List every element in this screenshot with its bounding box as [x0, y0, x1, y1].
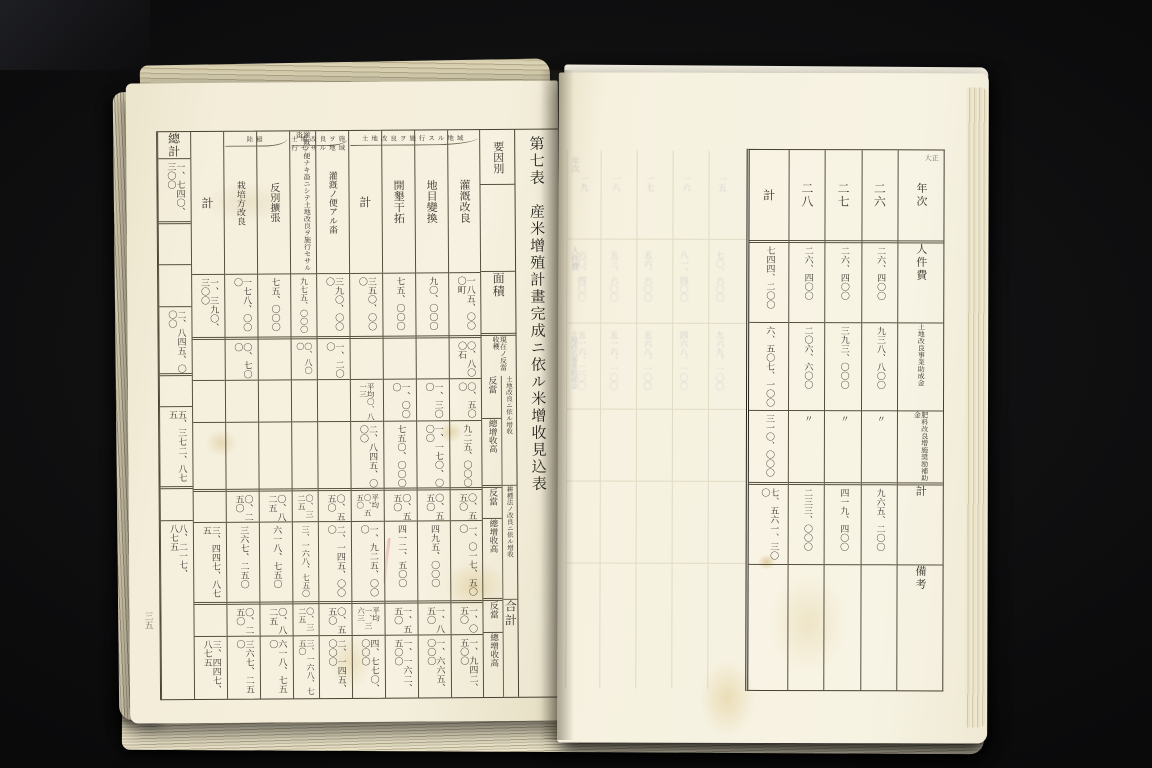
value-cell: 〇、五〇〇 — [456, 379, 474, 420]
backdrop-corner-glow — [0, 0, 150, 70]
value-cell: 一、九四二、五〇〇 — [458, 635, 476, 697]
group-header-upland-rice: 陸稲 — [225, 134, 287, 146]
column-label: 二八 — [799, 182, 816, 208]
book-gutter-shadow — [540, 70, 574, 740]
value-cell: 一、三九〇、三〇〇 — [199, 275, 217, 337]
value-cell: 九二五、〇〇〇 — [461, 421, 470, 487]
value-cell: 二、一四五、〇〇〇 — [326, 636, 344, 698]
row-label-groups: 反當 總增收高 反當 總增收高 反當 總增收高 土地改良ニ依ル增收 耕種法ノ改良… — [482, 376, 518, 697]
value-cell: 一七八、〇〇〇 — [232, 275, 250, 337]
value-cell: 〇、五五〇 — [391, 491, 409, 521]
value-cell: 七五〇、〇〇〇 — [395, 422, 404, 488]
column-reclamation: 開墾干拓 七五、〇〇〇 一、〇〇〇 七五〇、〇〇〇 〇、五五〇 四一二、五〇〇 … — [381, 131, 418, 698]
column-label: 灌漑ノ便ナキ畓ニシテ土地改良ヲ施行セサル畓 — [295, 131, 311, 273]
row-label-land-subsidy: 土地改良事業助成金 — [917, 323, 925, 410]
ghost-text: 五六、六〇〇 — [642, 251, 651, 302]
value-cell: 一、八五〇 — [425, 603, 443, 634]
value-cell: 四一九、四〇〇 — [838, 485, 847, 564]
row-label-per-tan: 反當 — [486, 488, 499, 518]
ghost-text: 一六 — [681, 175, 690, 192]
column-label: 計 — [199, 196, 216, 209]
value-cell: 三六七、二五〇 — [238, 523, 248, 602]
ghost-text: 七〇、六〇〇 — [714, 251, 723, 302]
ghost-text: 五六八、一〇〇 — [642, 331, 651, 391]
column-label: 二七 — [835, 182, 852, 208]
value-cell: 平均〇、八一三 — [359, 380, 374, 421]
value-cell: 〇、八〇〇石 — [456, 338, 474, 378]
ghost-text: 一九 — [579, 174, 588, 191]
value-cell: 三、四四七、八七五 — [202, 637, 220, 699]
row-label-remarks: 備考 — [912, 565, 928, 690]
row-label-total-gain: 總增收高 — [487, 519, 500, 598]
value-cell: 一、一七〇、〇〇〇 — [424, 421, 442, 487]
ghost-text: 一七 — [645, 175, 654, 192]
value-cell: 四一二、五〇〇 — [396, 522, 406, 601]
value-cell: 〇、八二五 — [266, 491, 284, 521]
column-subtotal-right-group: 計 一、三九〇、三〇〇 三、四四七、八七五 三、四四七、八七五 — [190, 132, 227, 699]
column-label: 二六 — [871, 182, 888, 208]
right-page: 年次 人件費 土地改良事業助成金 一五 一六 一七 一八 一九 七〇、六〇〇 八… — [557, 72, 989, 743]
value-cell: 三六七、二五〇 — [234, 637, 252, 699]
value-cell: 〇、三二五 — [298, 604, 314, 635]
column-year-27: 二七 二六、四〇〇 三九三、〇〇〇 〃 四一九、四〇〇 — [824, 150, 862, 690]
value-cell: 七、五六一、三〇〇 — [759, 485, 777, 564]
row-label-total-gain: 總增收高 — [488, 633, 500, 695]
column-label: 計 — [761, 188, 778, 201]
group-label-cultivation-gain: 耕種法ノ改良ニ依ル增收 — [506, 486, 516, 599]
value-cell: 三、一六八、七五〇 — [298, 636, 314, 698]
value-cell: 九七五、〇〇〇 — [299, 274, 307, 336]
value-cell: 平均一、三六三 — [357, 604, 380, 635]
value-cell: 二六、四〇〇 — [875, 243, 884, 322]
value-cell: 五、三七二、八七五 — [167, 407, 186, 486]
show-through-ghost-table: 年次 人件費 土地改良事業助成金 一五 一六 一七 一八 一九 七〇、六〇〇 八… — [565, 150, 746, 688]
value-cell: 三、一六八、七五〇 — [301, 522, 310, 601]
value-cell: 一、〇一七、五〇〇 — [457, 521, 476, 600]
value-cell: 平均〇、五五〇 — [356, 491, 379, 521]
value-cell: 一、〇〇〇 — [390, 380, 408, 421]
right-page-edge-stack — [965, 88, 987, 728]
row-label-fertilizer-subsidy: 肥料改良增施奨励補助金 — [913, 411, 928, 482]
row-header-column: 要因別 面積 現在ノ反當收穫 反當 總增收高 反當 總增收高 反當 總增收高 土… — [480, 130, 519, 697]
group-header-land-not-improved: 土地改良ヲ施行セサル地域 — [291, 134, 348, 146]
ghost-text: 五三、六〇〇 — [608, 251, 617, 302]
value-cell: 〃 — [875, 411, 884, 482]
value-cell: 七五、〇〇〇 — [269, 274, 278, 336]
value-cell: 〇、七〇〇 — [232, 340, 250, 380]
value-cell: 二、一四五、〇〇〇 — [326, 522, 345, 601]
value-cell: 六一八、七五〇 — [267, 636, 285, 698]
value-cell: 三五〇、〇〇〇 — [357, 274, 375, 336]
rice-yield-table: 土地改良ヲ施行スル地域 土地改良ヲ施行セサル地域 陸稲 總計 一、七四〇、三〇〇… — [156, 128, 563, 700]
value-cell: 六一八、七五〇 — [271, 522, 281, 601]
row-label-current-yield: 現在ノ反當收穫 — [492, 336, 507, 376]
value-cell: 二、八四五、〇〇〇 — [358, 422, 376, 488]
value-cell: 二、八四五、〇〇〇 — [166, 307, 184, 373]
column-grand-total: 總計 一、七四〇、三〇〇 二、八四五、〇〇〇 五、三七二、八七五 八、二一七、八… — [157, 132, 194, 699]
row-label-area: 面積 — [490, 271, 507, 333]
row-label-year: 年次 — [913, 182, 929, 208]
value-cell: 〇、二五〇 — [234, 605, 252, 636]
value-cell: 三九〇、〇〇〇 — [324, 274, 342, 336]
left-page: 三五 土地改良ヲ施行スル地域 土地改良ヲ施行セサル地域 陸稲 總計 一、七四〇、… — [126, 80, 562, 723]
column-irrigation-improvement: 灌漑改良 一八五、〇〇〇町 〇、八〇〇石 〇、五〇〇 九二五、〇〇〇 〇、五五〇… — [447, 130, 484, 697]
value-cell: 三、四四七、八七五 — [201, 523, 220, 602]
value-cell: 〇、五五〇 — [326, 604, 344, 635]
value-cell: 二六、四〇〇 — [803, 243, 812, 322]
value-cell: 九〇、〇〇〇 — [427, 273, 436, 335]
value-cell: 一、九二五、〇〇〇 — [359, 522, 378, 601]
group-label-land-improvement-gain: 土地改良ニ依ル增收 — [505, 376, 515, 485]
column-label: 地目變換 — [423, 179, 439, 223]
ghost-text: 五一六、一〇〇 — [608, 331, 617, 391]
value-cell: 一、七四〇、三〇〇 — [165, 159, 183, 221]
value-cell: 一、二〇〇 — [324, 339, 342, 379]
value-cell: 七四四、二〇〇 — [764, 243, 773, 322]
value-cell: 二三三、〇〇〇 — [802, 485, 811, 564]
column-acreage-expansion: 反別擴張 七五、〇〇〇 〇、八二五 六一八、七五〇 〇、八二五 六一八、七五〇 — [256, 131, 293, 698]
column-paddy-without-irrigation: 灌漑ノ便ナキ畓ニシテ土地改良ヲ施行セサル畓 九七五、〇〇〇 〇、八〇〇 〇、三二… — [289, 131, 319, 698]
column-total: 計 七四四、二〇〇 六、五〇七、一〇〇 三一〇、〇〇〇 七、五六一、三〇〇 — [748, 150, 789, 690]
column-land-category-conversion: 地目變換 九〇、〇〇〇 一、三〇〇 一、一七〇、〇〇〇 〇、五五〇 四九五、〇〇… — [414, 130, 451, 697]
ghost-text: 八一、四〇〇 — [678, 251, 687, 302]
value-cell: 〃 — [838, 411, 847, 482]
ghost-text: 六〇、四〇〇 — [576, 250, 585, 301]
column-label: 灌漑ノ便アル畓 — [326, 171, 339, 234]
value-cell: 七五、〇〇〇 — [394, 274, 403, 336]
column-year-28: 二八 二六、四〇〇 二〇六、六〇〇 〃 二三三、〇〇〇 — [787, 150, 825, 690]
expenses-table: 計 七四四、二〇〇 六、五〇七、一〇〇 三一〇、〇〇〇 七、五六一、三〇〇 二八… — [745, 149, 944, 692]
column-label: 灌漑改良 — [456, 179, 472, 223]
value-cell: 四九五、〇〇〇 — [429, 521, 439, 600]
column-label: 反別擴張 — [266, 182, 281, 222]
margin-page-number: 三五 — [141, 611, 154, 629]
value-cell: 九六五、二〇〇 — [874, 485, 883, 564]
value-cell: 〇、五五〇 — [457, 490, 475, 520]
row-label-total-gain: 總增收高 — [486, 419, 498, 485]
ghost-text: 一八 — [611, 175, 620, 192]
column-cultivation-improvement: 栽培方改良 一七八、〇〇〇 〇、七〇〇 〇、二五〇 三六七、二五〇 〇、二五〇 … — [223, 132, 260, 699]
value-cell: 一八五、〇〇〇町 — [456, 273, 474, 335]
column-label: 栽培方改良 — [234, 180, 247, 225]
value-cell: 二〇六、六〇〇 — [802, 323, 811, 410]
value-cell: 三一〇、〇〇〇 — [764, 411, 773, 482]
value-cell: 八、二一七、八七五 — [168, 521, 186, 583]
value-cell: 〇、五五〇 — [325, 491, 343, 521]
value-cell: 四、七七〇、〇〇〇 — [359, 636, 377, 698]
value-cell: 〇、八二五 — [267, 604, 285, 635]
value-cell: 九三八、八〇〇 — [875, 323, 884, 410]
row-label-personnel: 人件費 — [913, 243, 929, 322]
row-label-per-tan: 反當 — [487, 601, 500, 632]
value-cell: 一、五五〇 — [392, 604, 410, 635]
column-label: 開墾干拓 — [390, 180, 406, 224]
column-year-26: 二六 二六、四〇〇 九三八、八〇〇 〃 九六五、二〇〇 — [860, 150, 898, 690]
value-cell: 一、三〇〇 — [423, 379, 441, 420]
ghost-text: 五一六、二〇〇 — [576, 330, 585, 390]
row-label-per-tan: 反當 — [485, 376, 498, 418]
value-cell: 〇、三二五 — [297, 491, 313, 521]
ghost-text: 一五 — [717, 175, 726, 192]
value-cell: 一、〇五〇 — [458, 603, 476, 634]
value-cell: 一、一六二、五〇〇 — [392, 636, 410, 698]
column-paddy-with-irrigation: 灌漑ノ便アル畓 三九〇、〇〇〇 一、二〇〇 〇、五五〇 二、一四五、〇〇〇 〇、… — [315, 131, 352, 698]
column-subtotal-land-improvement: 計 三五〇、〇〇〇 平均〇、八一三 二、八四五、〇〇〇 平均〇、五五〇 一、九二… — [348, 131, 385, 698]
value-cell: 三九三、〇〇〇 — [839, 323, 848, 410]
row-header-column: 年次 人件費 土地改良事業助成金 肥料改良增施奨励補助金 計 備考 — [896, 150, 943, 690]
value-cell: 〇、五五〇 — [424, 490, 442, 520]
value-cell: 二六、四〇〇 — [839, 243, 848, 322]
value-cell: 〇、二五〇 — [233, 492, 251, 522]
row-label-total: 計 — [912, 485, 928, 564]
value-cell: 六、五〇七、一〇〇 — [764, 323, 773, 410]
value-cell: 〇、八〇〇 — [296, 339, 312, 379]
corner-header: 要因別 — [490, 141, 506, 174]
value-cell: 〃 — [802, 411, 811, 482]
column-label: 總計 — [166, 132, 183, 158]
value-cell: 一、六六五、〇〇〇 — [425, 635, 443, 697]
ghost-text: 九六九、一〇〇 — [714, 331, 723, 391]
column-label: 計 — [357, 195, 374, 208]
ghost-text: 四六八、一〇〇 — [678, 331, 687, 391]
